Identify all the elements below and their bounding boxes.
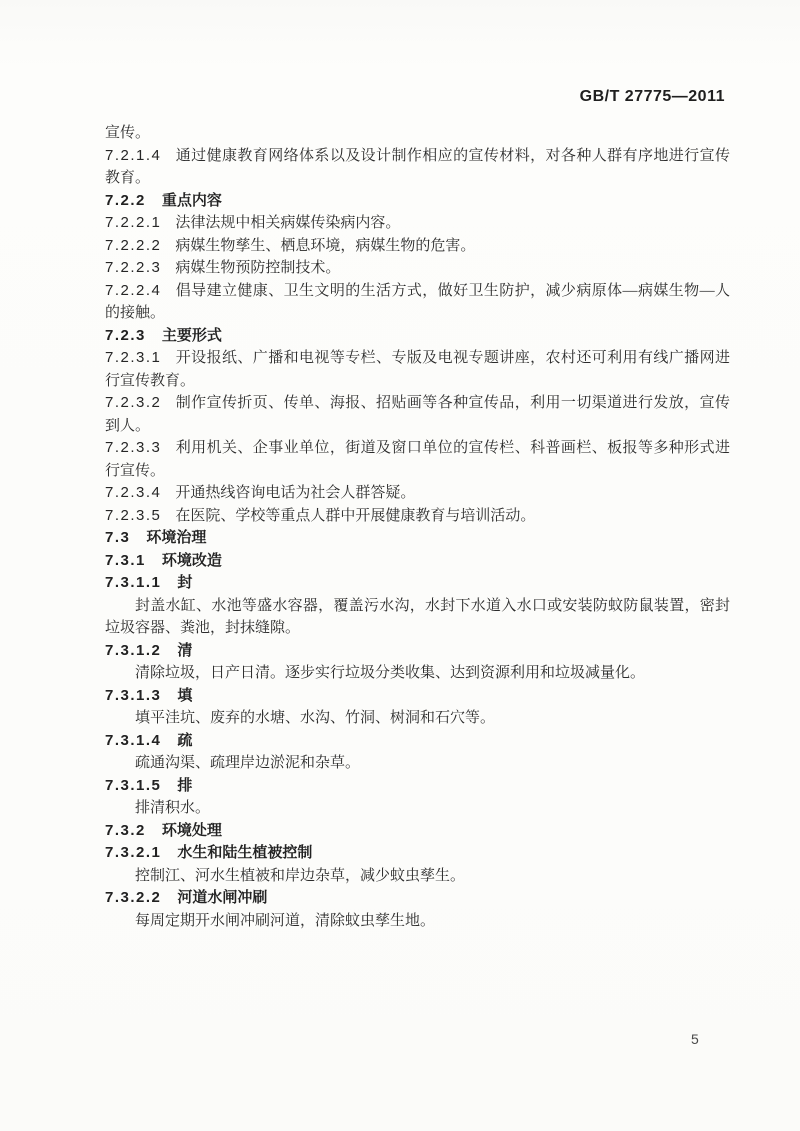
clause-title: 水生和陆生植被控制 — [177, 844, 312, 861]
clause-title: 主要形式 — [162, 327, 222, 344]
clause-text: 倡导建立健康、卫生文明的生活方式，做好卫生防护，减少病原体—病媒生物—人的接触。 — [105, 283, 730, 322]
clause-text: 开设报纸、广播和电视等专栏、专版及电视专题讲座，农村还可利用有线广播网进行宣传教… — [105, 350, 730, 389]
clause-heading: 7.3.1.2清 — [105, 640, 730, 663]
document-body: 宣传。 7.2.1.4通过健康教育网络体系以及设计制作相应的宣传材料，对各种人群… — [105, 122, 730, 932]
clause-number: 7.3.1.1 — [105, 574, 161, 591]
clause-heading: 7.3.1环境改造 — [105, 550, 730, 573]
clause-number: 7.3.1.5 — [105, 777, 161, 794]
clause-title: 疏 — [177, 732, 192, 749]
clause-heading: 7.3环境治理 — [105, 527, 730, 550]
clause-title: 封 — [177, 574, 192, 591]
paragraph: 每周定期开水闸冲刷河道，清除蚊虫孳生地。 — [105, 910, 730, 933]
clause-number: 7.3.2 — [105, 822, 146, 839]
clause-heading: 7.3.1.5排 — [105, 775, 730, 798]
clause-number: 7.3.1.4 — [105, 732, 161, 749]
clause-heading: 7.3.2环境处理 — [105, 820, 730, 843]
clause-title: 填 — [177, 687, 192, 704]
clause-number: 7.3.2.1 — [105, 844, 161, 861]
clause-heading: 7.3.1.4疏 — [105, 730, 730, 753]
clause-number: 7.3.1.3 — [105, 687, 161, 704]
clause-item: 7.2.2.1法律法规中相关病媒传染病内容。 — [105, 212, 730, 235]
standard-code: GB/T 27775—2011 — [580, 88, 725, 106]
clause-item: 7.2.3.4开通热线咨询电话为社会人群答疑。 — [105, 482, 730, 505]
page-number: 5 — [691, 1031, 699, 1047]
document-page: GB/T 27775—2011 宣传。 7.2.1.4通过健康教育网络体系以及设… — [0, 0, 800, 1131]
clause-number: 7.2.2.1 — [105, 214, 161, 231]
clause-number: 7.2.3.3 — [105, 439, 161, 456]
clause-text: 开通热线咨询电话为社会人群答疑。 — [175, 485, 415, 501]
paragraph: 控制江、河水生植被和岸边杂草，减少蚊虫孳生。 — [105, 865, 730, 888]
clause-heading: 7.2.3主要形式 — [105, 325, 730, 348]
clause-item: 7.2.1.4通过健康教育网络体系以及设计制作相应的宣传材料，对各种人群有序地进… — [105, 145, 730, 190]
clause-item: 7.2.2.4倡导建立健康、卫生文明的生活方式，做好卫生防护，减少病原体—病媒生… — [105, 280, 730, 325]
clause-title: 河道水闸冲刷 — [177, 889, 267, 906]
clause-number: 7.2.3.1 — [105, 349, 161, 366]
clause-heading: 7.2.2重点内容 — [105, 190, 730, 213]
continuation-line: 宣传。 — [105, 122, 730, 145]
clause-text: 制作宣传折页、传单、海报、招贴画等各种宣传品，利用一切渠道进行发放，宣传到人。 — [105, 395, 730, 434]
clause-title: 环境改造 — [162, 552, 222, 569]
clause-number: 7.2.2 — [105, 192, 146, 209]
clause-item: 7.2.2.3病媒生物预防控制技术。 — [105, 257, 730, 280]
clause-number: 7.3.2.2 — [105, 889, 161, 906]
clause-heading: 7.3.1.3填 — [105, 685, 730, 708]
clause-title: 环境处理 — [162, 822, 222, 839]
paragraph: 清除垃圾，日产日清。逐步实行垃圾分类收集、达到资源利用和垃圾减量化。 — [105, 662, 730, 685]
clause-item: 7.2.3.2制作宣传折页、传单、海报、招贴画等各种宣传品，利用一切渠道进行发放… — [105, 392, 730, 437]
clause-title: 重点内容 — [162, 192, 222, 209]
clause-number: 7.3.1 — [105, 552, 146, 569]
clause-number: 7.2.3.5 — [105, 507, 161, 524]
clause-text: 病媒生物孳生、栖息环境，病媒生物的危害。 — [175, 238, 475, 254]
clause-text: 通过健康教育网络体系以及设计制作相应的宣传材料，对各种人群有序地进行宣传教育。 — [105, 148, 730, 187]
clause-number: 7.2.3 — [105, 327, 146, 344]
clause-heading: 7.3.2.2河道水闸冲刷 — [105, 887, 730, 910]
paragraph: 排清积水。 — [105, 797, 730, 820]
clause-text: 在医院、学校等重点人群中开展健康教育与培训活动。 — [175, 508, 535, 524]
clause-heading: 7.3.2.1水生和陆生植被控制 — [105, 842, 730, 865]
clause-title: 排 — [177, 777, 192, 794]
clause-text: 病媒生物预防控制技术。 — [175, 260, 340, 276]
clause-item: 7.2.3.1开设报纸、广播和电视等专栏、专版及电视专题讲座，农村还可利用有线广… — [105, 347, 730, 392]
clause-title: 环境治理 — [146, 529, 206, 546]
clause-number: 7.3 — [105, 529, 130, 546]
clause-number: 7.2.2.2 — [105, 237, 161, 254]
clause-text: 利用机关、企事业单位，街道及窗口单位的宣传栏、科普画栏、板报等多种形式进行宣传。 — [105, 440, 730, 479]
clause-text: 法律法规中相关病媒传染病内容。 — [175, 215, 400, 231]
clause-title: 清 — [177, 642, 192, 659]
paragraph: 疏通沟渠、疏理岸边淤泥和杂草。 — [105, 752, 730, 775]
clause-number: 7.2.3.2 — [105, 394, 161, 411]
clause-item: 7.2.3.3利用机关、企事业单位，街道及窗口单位的宣传栏、科普画栏、板报等多种… — [105, 437, 730, 482]
clause-number: 7.3.1.2 — [105, 642, 161, 659]
clause-number: 7.2.2.3 — [105, 259, 161, 276]
clause-item: 7.2.3.5在医院、学校等重点人群中开展健康教育与培训活动。 — [105, 505, 730, 528]
paragraph: 封盖水缸、水池等盛水容器，覆盖污水沟，水封下水道入水口或安装防蚊防鼠装置，密封垃… — [105, 595, 730, 640]
clause-number: 7.2.2.4 — [105, 282, 161, 299]
clause-item: 7.2.2.2病媒生物孳生、栖息环境，病媒生物的危害。 — [105, 235, 730, 258]
clause-number: 7.2.1.4 — [105, 147, 161, 164]
clause-heading: 7.3.1.1封 — [105, 572, 730, 595]
paragraph: 填平洼坑、废弃的水塘、水沟、竹洞、树洞和石穴等。 — [105, 707, 730, 730]
clause-number: 7.2.3.4 — [105, 484, 161, 501]
